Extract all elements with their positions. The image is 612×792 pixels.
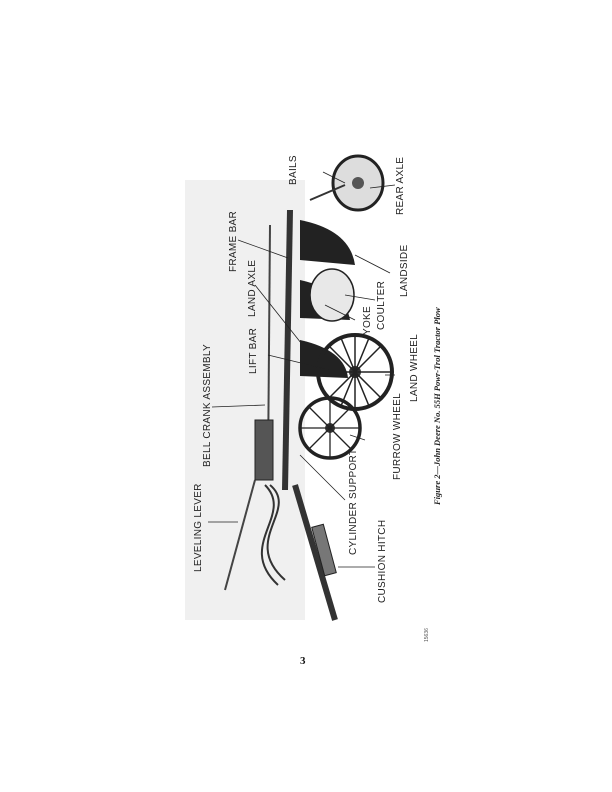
label-yoke: YOKE	[362, 306, 373, 335]
page-number: 3	[300, 655, 306, 667]
label-bell-crank-assembly: BELL CRANK ASSEMBLY	[202, 344, 213, 467]
label-coulter: COULTER	[376, 281, 387, 330]
label-land-axle: LAND AXLE	[247, 260, 258, 317]
label-cylinder-support: CYLINDER SUPPORT	[348, 449, 359, 555]
label-rear-axle: REAR AXLE	[395, 157, 406, 215]
figure-container	[175, 145, 445, 635]
label-land-wheel: LAND WHEEL	[409, 334, 420, 402]
label-frame-bar: FRAME BAR	[228, 211, 239, 272]
label-bails: BAILS	[288, 155, 299, 185]
label-furrow-wheel: FURROW WHEEL	[392, 393, 403, 480]
figure-caption: Figure 2—John Deere No. 55H Powr-Trol Tr…	[432, 307, 442, 505]
figure-number: 15636	[424, 628, 430, 642]
label-leveling-lever: LEVELING LEVER	[193, 483, 204, 572]
label-landside: LANDSIDE	[399, 245, 410, 297]
label-cushion-hitch: CUSHION HITCH	[377, 520, 388, 603]
label-lift-bar: LIFT BAR	[248, 328, 259, 374]
